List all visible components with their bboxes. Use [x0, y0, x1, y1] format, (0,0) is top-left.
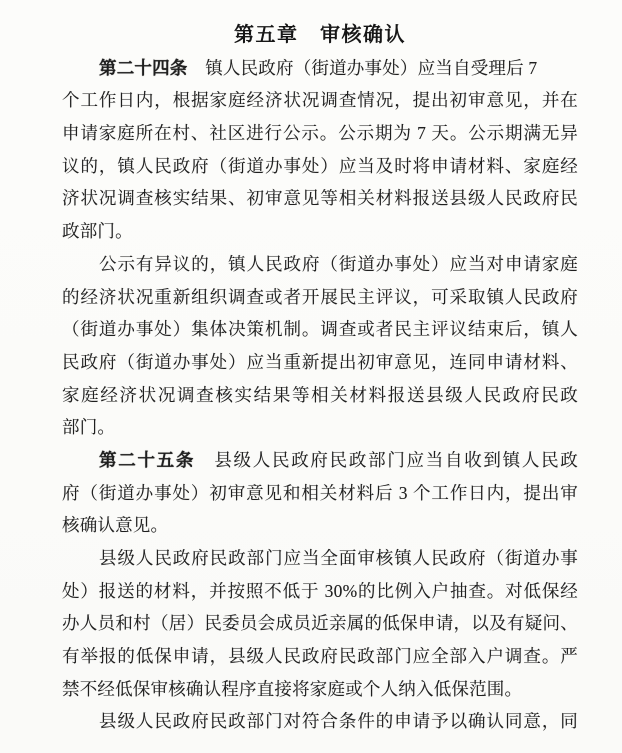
text-line: 的经济状况重新组织调查或者开展民主评议，可采取镇人民政府: [62, 281, 578, 314]
text-line: 府（街道办事处）初审意见和相关材料后 3 个工作日内，提出审: [62, 477, 578, 510]
article-number: 第二十四条: [99, 58, 188, 78]
document-page: 第五章 审核确认 第二十四条 镇人民政府（街道办事处）应当自受理后 7个工作日内…: [0, 0, 622, 753]
text-line: 议的，镇人民政府（街道办事处）应当及时将申请材料、家庭经: [62, 150, 578, 183]
text-line: 第二十五条 县级人民政府民政部门应当自收到镇人民政: [62, 444, 578, 477]
text-line: 县级人民政府民政部门应当全面审核镇人民政府（街道办事: [62, 542, 578, 575]
text-line: 政部门。: [62, 215, 578, 248]
text-line: 个工作日内，根据家庭经济状况调查情况，提出初审意见，并在: [62, 84, 578, 117]
article-number: 第二十五条: [99, 450, 195, 470]
chapter-heading: 第五章 审核确认: [62, 19, 578, 52]
text-line: 民政府（街道办事处）应当重新提出初审意见，连同申请材料、: [62, 346, 578, 379]
text-line: 申请家庭所在村、社区进行公示。公示期为 7 天。公示期满无异: [62, 117, 578, 150]
text-line: 处）报送的材料，并按照不低于 30%的比例入户抽查。对低保经: [62, 575, 578, 608]
text-lines: 第二十四条 镇人民政府（街道办事处）应当自受理后 7个工作日内，根据家庭经济状况…: [62, 52, 578, 738]
text-line: 禁不经低保审核确认程序直接将家庭或个人纳入低保范围。: [62, 673, 578, 706]
text-line: 核确认意见。: [62, 509, 578, 542]
text-line: 县级人民政府民政部门对符合条件的申请予以确认同意，同: [62, 705, 578, 738]
text-line: 公示有异议的，镇人民政府（街道办事处）应当对申请家庭: [62, 248, 578, 281]
text-line: 家庭经济状况调查核实结果等相关材料报送县级人民政府民政: [62, 379, 578, 412]
text-line: 部门。: [62, 411, 578, 444]
text-line: 有举报的低保申请，县级人民政府民政部门应全部入户调查。严: [62, 640, 578, 673]
text-line: 第二十四条 镇人民政府（街道办事处）应当自受理后 7: [62, 52, 578, 85]
text-line: （街道办事处）集体决策机制。调查或者民主评议结束后，镇人: [62, 313, 578, 346]
text-line: 办人员和村（居）民委员会成员近亲属的低保申请，以及有疑问、: [62, 607, 578, 640]
text-line: 济状况调查核实结果、初审意见等相关材料报送县级人民政府民: [62, 182, 578, 215]
